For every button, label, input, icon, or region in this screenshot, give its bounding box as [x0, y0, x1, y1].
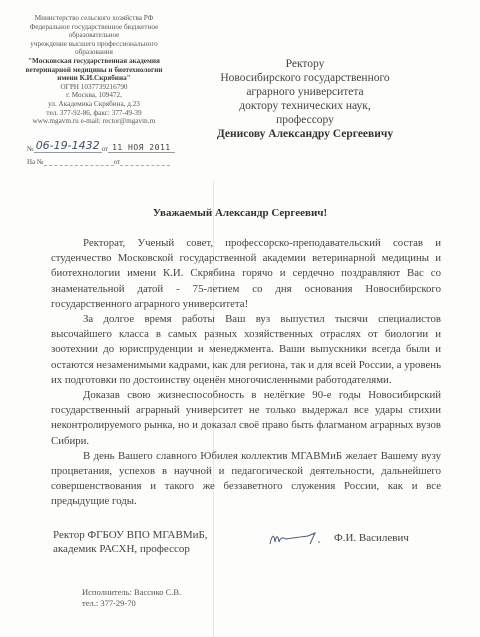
letterhead-line: образовательное — [14, 31, 174, 40]
number-label: № — [27, 145, 34, 153]
executor-block: Исполнитель: Вассико С.В. тел.: 377-29-7… — [82, 587, 181, 609]
signatory-title: Ректор ФГБОУ ВПО МГАВМиБ, академик РАСХН… — [53, 528, 208, 556]
reply-number-row: На № от — [27, 153, 187, 166]
signer-name: Ф.И. Василевич — [334, 532, 409, 544]
executor-phone: тел.: 377-29-70 — [82, 598, 181, 609]
phone-fax: тел. 377-92-86, факс: 377-49-39 — [14, 109, 174, 118]
addressee-line: профессору — [205, 113, 405, 127]
signatory-title-line: академик РАСХН, профессор — [53, 542, 208, 556]
addressee-line: аграрного университета — [205, 85, 405, 99]
paragraph: За долгое время работы Ваш вуз выпустил … — [51, 312, 441, 388]
addressee-name: Денисову Александру Сергеевичу — [205, 127, 405, 141]
registration-block: № 06-19-1432 от 11 НОЯ 2011 На № от — [27, 140, 187, 166]
reply-date-blank — [120, 157, 170, 166]
date-stamp: 11 НОЯ 2011 — [108, 143, 174, 153]
salutation: Уважаемый Александр Сергеевич! — [0, 207, 480, 219]
addressee-line: доктору технических наук, — [205, 99, 405, 113]
addressee-line: Новосибирского государственного — [205, 71, 405, 85]
letter-body: Ректорат, Ученый совет, профессорско-пре… — [51, 236, 441, 510]
addressee-line: Ректору — [205, 57, 405, 71]
handwritten-signature-icon — [268, 530, 323, 548]
executor-name: Исполнитель: Вассико С.В. — [82, 587, 181, 598]
org-name-line: имени К.И.Скрябина" — [14, 74, 174, 83]
letterhead-line: Министерство сельского хозяйства РФ — [14, 14, 174, 23]
paragraph: В день Вашего славного Юбилея коллектив … — [51, 449, 441, 510]
outgoing-number-row: № 06-19-1432 от 11 НОЯ 2011 — [27, 140, 187, 153]
reply-number-blank — [44, 157, 114, 166]
addressee-block: Ректору Новосибирского государственного … — [205, 57, 405, 141]
letterhead-line: Федеральное государственное бюджетное — [14, 23, 174, 32]
signatory-title-line: Ректор ФГБОУ ВПО МГАВМиБ, — [53, 528, 208, 542]
letterhead-line: учреждение высшего профессионального — [14, 40, 174, 49]
org-name-line: "Московская государственная академия — [14, 57, 174, 66]
outgoing-number: 06-19-1432 — [34, 139, 102, 153]
org-name-line: ветеринарной медицины и биотехнологии — [14, 66, 174, 75]
paragraph: Ректорат, Ученый совет, профессорско-пре… — [51, 236, 441, 312]
ogrn: ОГРН 1037739216790 — [14, 83, 174, 92]
paragraph: Доказав свою жизнеспособность в нелёгкие… — [51, 388, 441, 449]
letterhead: Министерство сельского хозяйства РФ Феде… — [14, 14, 174, 126]
web-email: www.mgavm.ru e-mail: rector@mgavm.ru — [14, 117, 174, 126]
city: г. Москва, 109472, — [14, 91, 174, 100]
letterhead-line: образования — [14, 48, 174, 57]
reply-label: На № — [27, 158, 44, 166]
street: ул. Академика Скрябина, д.23 — [14, 100, 174, 109]
